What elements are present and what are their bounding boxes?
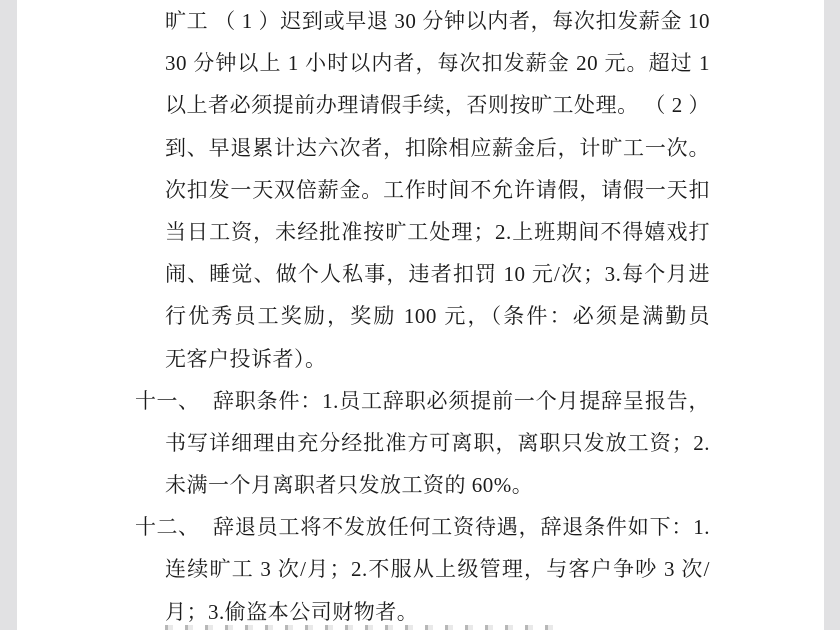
list-item-text: 辞职条件：1.员工辞职必须提前一个月提辞呈报告，	[213, 380, 710, 422]
text-line: 旷工 （ 1 ）迟到或早退 30 分钟以内者，每次扣发薪金 10 元。	[165, 0, 710, 42]
text-line: 30 分钟以上 1 小时以内者，每次扣发薪金 20 元。超过 1 小时	[165, 42, 710, 84]
list-item-number: 十一、	[135, 380, 213, 422]
text-line: 十二、辞退员工将不发放任何工资待遇，辞退条件如下：1.	[135, 506, 710, 548]
text-line: 连续旷工 3 次/月；2.不服从上级管理，与客户争吵 3 次/	[165, 548, 710, 590]
text-line: 行优秀员工奖励，奖励 100 元，（条件：必须是满勤员工，	[165, 295, 710, 337]
list-item-text: 辞退员工将不发放任何工资待遇，辞退条件如下：1.	[213, 506, 710, 548]
list-item-number: 十二、	[135, 506, 213, 548]
text-line: 次扣发一天双倍薪金。工作时间不允许请假，请假一天扣除	[165, 169, 710, 211]
text-line: 十一、辞职条件：1.员工辞职必须提前一个月提辞呈报告，	[135, 380, 710, 422]
text-line: 书写详细理由充分经批准方可离职，离职只发放工资；2.	[165, 422, 710, 464]
text-line: 以上者必须提前办理请假手续，否则按旷工处理。 （ 2 ）月迟	[165, 84, 710, 126]
text-line: 未满一个月离职者只发放工资的 60%。	[165, 464, 710, 506]
text-line: 当日工资，未经批准按旷工处理；2.上班期间不得嬉戏打	[165, 211, 710, 253]
page-margin-left	[0, 0, 17, 630]
document-page: 旷工 （ 1 ）迟到或早退 30 分钟以内者，每次扣发薪金 10 元。30 分钟…	[17, 0, 824, 630]
text-line: 到、早退累计达六次者，扣除相应薪金后，计旷工一次。 旷工一	[165, 127, 710, 169]
text-line: 无客户投诉者）。	[165, 338, 710, 380]
clipped-next-line	[165, 625, 560, 630]
text-line: 闹、睡觉、做个人私事，违者扣罚 10 元/次；3.每个月进	[165, 253, 710, 295]
document-text-block: 旷工 （ 1 ）迟到或早退 30 分钟以内者，每次扣发薪金 10 元。30 分钟…	[165, 0, 710, 630]
page-margin-right	[824, 0, 840, 630]
document-viewport: 旷工 （ 1 ）迟到或早退 30 分钟以内者，每次扣发薪金 10 元。30 分钟…	[0, 0, 840, 630]
